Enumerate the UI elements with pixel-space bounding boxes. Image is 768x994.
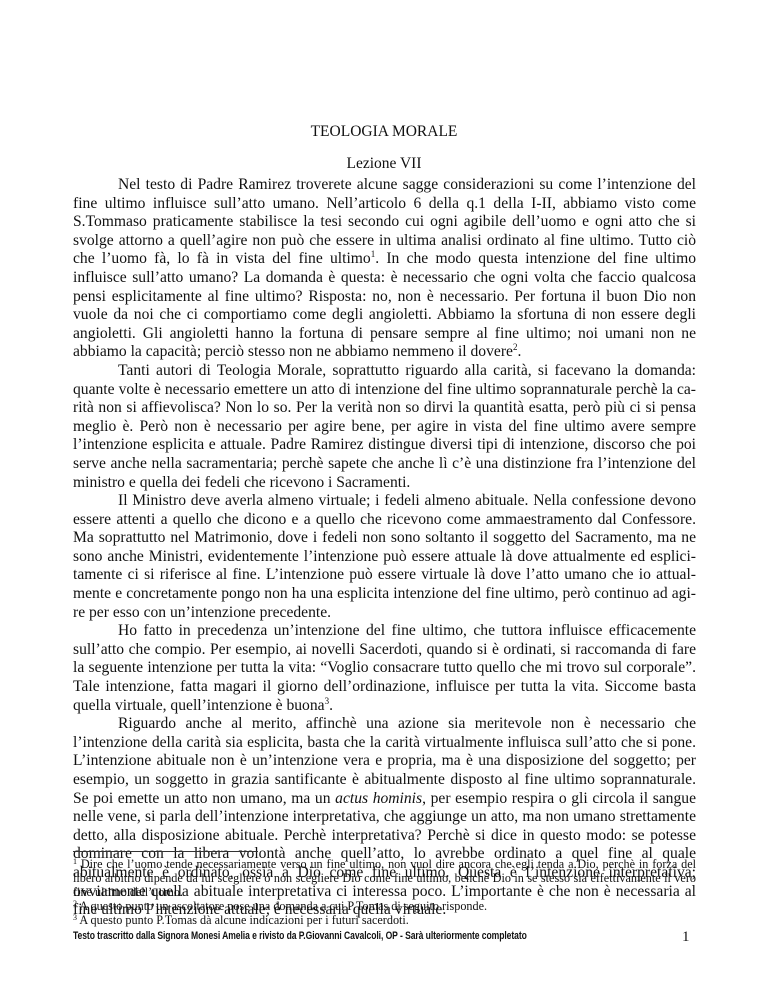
footnote: 1 Dire che l’uomo tende necessariamente … [73, 857, 696, 899]
document-title: TEOLOGIA MORALE [0, 123, 768, 141]
page-footer: Testo trascritto dalla Signora Monesi Am… [73, 930, 559, 942]
footnote-text: A questo punto un ascoltatore pose una d… [77, 899, 487, 913]
footnote: 2 A questo punto un ascoltatore pose una… [73, 899, 696, 913]
footnote-reference: 1 [371, 249, 376, 259]
footnote-text: A questo punto P.Tomas dà alcune indicaz… [77, 913, 409, 927]
italic-term: actus hominis [335, 790, 422, 807]
document-page: TEOLOGIA MORALE Lezione VII Nel testo di… [0, 0, 768, 994]
paragraph: Tanti autori di Teologia Morale, sopratt… [73, 362, 696, 492]
footnote-separator [73, 851, 258, 852]
body-text: Nel testo di Padre Ramirez troverete alc… [73, 176, 696, 920]
footnote-reference: 3 [325, 696, 330, 706]
paragraph: Ho fatto in precedenza un’intenzione del… [73, 622, 696, 715]
footnote-text: Dire che l’uomo tende necessariamente ve… [73, 857, 696, 899]
page-number: 1 [682, 929, 690, 946]
paragraph: Nel testo di Padre Ramirez troverete alc… [73, 176, 696, 362]
footnote-reference: 2 [513, 342, 518, 352]
paragraph: Il Ministro deve averla almeno virtuale;… [73, 492, 696, 622]
lesson-subtitle: Lezione VII [0, 155, 768, 173]
footnote: 3 A questo punto P.Tomas dà alcune indic… [73, 913, 696, 927]
footnotes: 1 Dire che l’uomo tende necessariamente … [73, 857, 696, 927]
